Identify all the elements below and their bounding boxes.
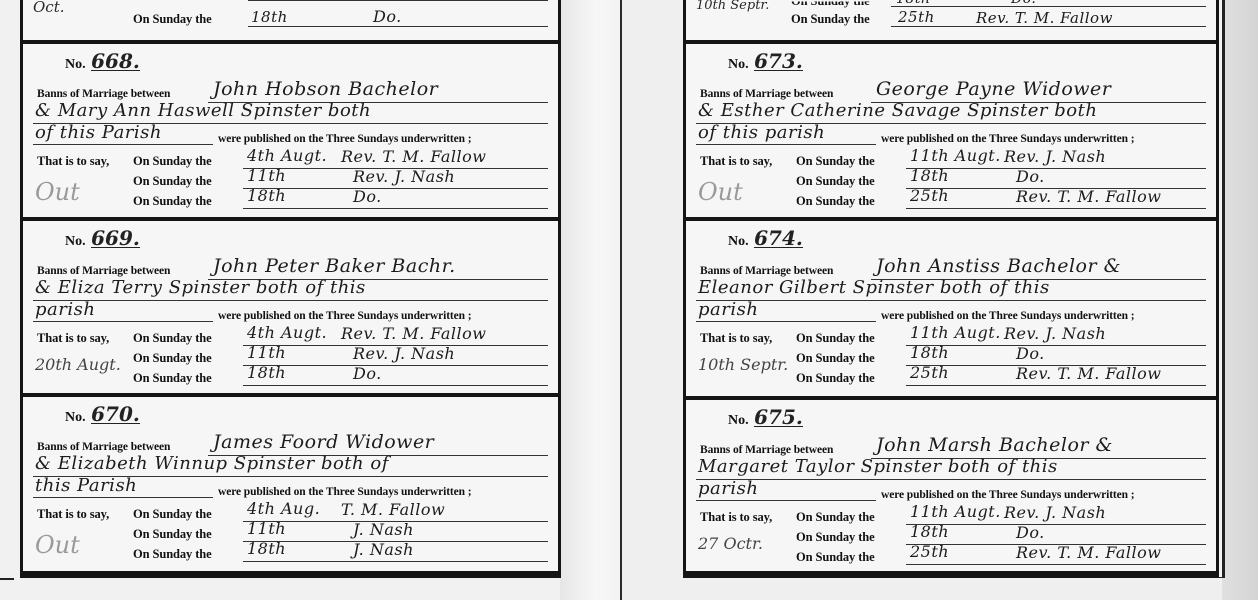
entry-number: No. 674. bbox=[728, 229, 803, 250]
officiant-2: Rev. J. Nash bbox=[353, 345, 455, 363]
on-sunday-label: On Sunday the bbox=[133, 371, 212, 386]
banns-label: Banns of Marriage between bbox=[700, 265, 833, 277]
on-sunday-label: On Sunday the bbox=[796, 530, 875, 545]
rule bbox=[906, 385, 1206, 386]
rule bbox=[696, 300, 1206, 301]
on-sunday-label: On Sunday the bbox=[133, 507, 212, 522]
names-line-3: of this Parish bbox=[35, 124, 162, 142]
banns-entry: No. 675. Banns of Marriage between John … bbox=[686, 400, 1216, 575]
officiant-1: Rev. J. Nash bbox=[1004, 325, 1106, 343]
on-sunday-label: On Sunday the bbox=[133, 351, 212, 366]
officiant: Rev. T. M. Fallow bbox=[976, 9, 1113, 27]
banns-entry: No. 669. Banns of Marriage between John … bbox=[23, 221, 558, 397]
that-is-to-say: That is to say, bbox=[700, 154, 772, 169]
page-edge bbox=[1222, 0, 1258, 600]
margin-note: 27 Octr. bbox=[698, 534, 763, 553]
margin-note: 10th Septr. bbox=[696, 0, 769, 13]
officiant: Do. bbox=[373, 8, 402, 26]
banns-entry: No. 674. Banns of Marriage between John … bbox=[686, 221, 1216, 400]
rule bbox=[243, 561, 548, 562]
banns-entry: No. 668. Banns of Marriage between John … bbox=[23, 44, 558, 221]
sunday-2: 11th bbox=[247, 520, 286, 538]
names-line-2: Margaret Taylor Spinster both of this bbox=[698, 458, 1058, 476]
sunday-2: 11th bbox=[247, 344, 286, 362]
on-sunday-label: On Sunday the bbox=[796, 194, 875, 209]
number-label: No. bbox=[728, 57, 749, 72]
sunday-day: 25th bbox=[898, 8, 935, 26]
names-line-2: Eleanor Gilbert Spinster both of this bbox=[698, 279, 1050, 297]
rule bbox=[891, 6, 1206, 7]
entry-number-value: 673. bbox=[754, 52, 803, 71]
on-sunday-label: On Sunday the bbox=[133, 174, 212, 189]
on-sunday-label: On Sunday the bbox=[133, 527, 212, 542]
banns-entry: No. 670. Banns of Marriage between James… bbox=[23, 397, 558, 575]
banns-label: Banns of Marriage between bbox=[37, 88, 170, 100]
sunday-3: 25th bbox=[910, 364, 949, 382]
rule bbox=[696, 321, 876, 322]
rule bbox=[906, 168, 1206, 169]
officiant-1: Rev. T. M. Fallow bbox=[341, 325, 487, 343]
rule bbox=[906, 524, 1206, 525]
left-register: Oct. On Sunday the 18th Do. No. 668. Ban… bbox=[20, 0, 561, 578]
sunday-3: 18th bbox=[247, 187, 286, 205]
officiant-3: Rev. T. M. Fallow bbox=[1016, 188, 1162, 206]
margin-note: Out bbox=[698, 178, 743, 206]
rule bbox=[906, 345, 1206, 346]
book-gutter bbox=[560, 0, 620, 600]
entry-number: No. 670. bbox=[65, 405, 140, 426]
number-label: No. bbox=[728, 234, 749, 249]
entry-number-value: 668. bbox=[91, 52, 140, 71]
officiant-2: Do. bbox=[1016, 524, 1045, 542]
sunday-2: 11th bbox=[247, 167, 286, 185]
margin-note: Out bbox=[35, 178, 80, 206]
names-line-2: & Esther Catherine Savage Spinster both bbox=[698, 102, 1097, 120]
right-register: 10th Septr. On Sunday the 18th Do. On Su… bbox=[683, 0, 1219, 578]
entry-number: No. 669. bbox=[65, 229, 140, 250]
published-text: were published on the Three Sundays unde… bbox=[881, 489, 1134, 501]
margin-rule bbox=[0, 578, 14, 580]
banns-label: Banns of Marriage between bbox=[37, 441, 170, 453]
on-sunday-label: On Sunday the bbox=[133, 154, 212, 169]
rule bbox=[696, 500, 876, 501]
that-is-to-say: That is to say, bbox=[37, 507, 109, 522]
names-line-3: of this parish bbox=[698, 124, 825, 142]
officiant-3: Rev. T. M. Fallow bbox=[1016, 365, 1162, 383]
rule bbox=[243, 208, 548, 209]
that-is-to-say: That is to say, bbox=[37, 154, 109, 169]
names-line-1: John Hobson Bachelor bbox=[213, 80, 438, 98]
sunday-2: 18th bbox=[910, 523, 949, 541]
banns-label: Banns of Marriage between bbox=[700, 444, 833, 456]
on-sunday-label: On Sunday the bbox=[791, 12, 870, 27]
officiant-1: Rev. J. Nash bbox=[1004, 504, 1106, 522]
officiant-2: Do. bbox=[1016, 345, 1045, 363]
margin-note: 10th Septr. bbox=[698, 355, 788, 374]
sunday-1: 11th Augt. bbox=[910, 503, 1001, 521]
margin-note: 20th Augt. bbox=[35, 355, 121, 374]
names-line-3: this Parish bbox=[35, 477, 137, 495]
sunday-2: 18th bbox=[910, 167, 949, 185]
that-is-to-say: That is to say, bbox=[700, 331, 772, 346]
number-label: No. bbox=[65, 410, 86, 425]
on-sunday-label: On Sunday the bbox=[796, 174, 875, 189]
rule bbox=[696, 144, 876, 145]
rule bbox=[243, 385, 548, 386]
rule bbox=[248, 0, 548, 1]
officiant-2: J. Nash bbox=[353, 521, 414, 539]
sunday-3: 25th bbox=[910, 187, 949, 205]
rule bbox=[696, 479, 1206, 480]
rule bbox=[243, 365, 548, 366]
on-sunday-label: On Sunday the bbox=[791, 0, 870, 9]
on-sunday-label: On Sunday the bbox=[796, 510, 875, 525]
banns-entry: No. 673. Banns of Marriage between Georg… bbox=[686, 44, 1216, 221]
names-line-1: John Anstiss Bachelor & bbox=[876, 257, 1121, 275]
names-line-1: James Foord Widower bbox=[213, 433, 434, 451]
on-sunday-label: On Sunday the bbox=[796, 331, 875, 346]
entry-number-value: 675. bbox=[754, 408, 803, 427]
rule bbox=[906, 208, 1206, 209]
number-label: No. bbox=[65, 57, 86, 72]
on-sunday-label: On Sunday the bbox=[133, 12, 212, 27]
on-sunday-label: On Sunday the bbox=[133, 547, 212, 562]
rule bbox=[33, 144, 213, 145]
on-sunday-label: On Sunday the bbox=[133, 194, 212, 209]
sunday-1: 11th Augt. bbox=[910, 324, 1001, 342]
entry-number-value: 669. bbox=[91, 229, 140, 248]
rule bbox=[33, 497, 213, 498]
published-text: were published on the Three Sundays unde… bbox=[218, 486, 471, 498]
published-text: were published on the Three Sundays unde… bbox=[881, 310, 1134, 322]
on-sunday-label: On Sunday the bbox=[796, 550, 875, 565]
published-text: were published on the Three Sundays unde… bbox=[218, 133, 471, 145]
names-line-3: parish bbox=[698, 480, 758, 498]
sunday-3: 18th bbox=[247, 540, 286, 558]
names-line-2: & Elizabeth Winnup Spinster both of bbox=[35, 455, 389, 473]
names-line-3: parish bbox=[35, 301, 95, 319]
on-sunday-label: On Sunday the bbox=[796, 351, 875, 366]
officiant-3: Do. bbox=[353, 188, 382, 206]
rule bbox=[906, 564, 1206, 565]
officiant-3: J. Nash bbox=[353, 541, 414, 559]
names-line-1: John Marsh Bachelor & bbox=[876, 436, 1113, 454]
that-is-to-say: That is to say, bbox=[37, 331, 109, 346]
sunday-day: 18th bbox=[251, 8, 288, 26]
sunday-1: 4th Augt. bbox=[247, 147, 327, 165]
rule bbox=[891, 26, 1206, 27]
on-sunday-label: On Sunday the bbox=[796, 371, 875, 386]
partial-entry: 10th Septr. On Sunday the 18th Do. On Su… bbox=[686, 0, 1216, 44]
number-label: No. bbox=[65, 234, 86, 249]
rule bbox=[243, 188, 548, 189]
entry-number: No. 675. bbox=[728, 408, 803, 429]
officiant-3: Rev. T. M. Fallow bbox=[1016, 544, 1162, 562]
names-line-2: & Mary Ann Haswell Spinster both bbox=[35, 102, 371, 120]
names-line-1: John Peter Baker Bachr. bbox=[213, 257, 456, 275]
entry-number: No. 673. bbox=[728, 52, 803, 73]
margin-note: Out bbox=[35, 531, 80, 559]
sunday-1: 11th Augt. bbox=[910, 147, 1001, 165]
officiant-2: Do. bbox=[1016, 168, 1045, 186]
sunday-1: 4th Aug. bbox=[247, 500, 320, 518]
published-text: were published on the Three Sundays unde… bbox=[218, 310, 471, 322]
sunday-2: 18th bbox=[910, 344, 949, 362]
sunday-3: 25th bbox=[910, 543, 949, 561]
on-sunday-label: On Sunday the bbox=[133, 331, 212, 346]
officiant-1: Rev. J. Nash bbox=[1004, 148, 1106, 166]
published-text: were published on the Three Sundays unde… bbox=[881, 133, 1134, 145]
names-line-2: & Eliza Terry Spinster both of this bbox=[35, 279, 366, 297]
that-is-to-say: That is to say, bbox=[700, 510, 772, 525]
rule bbox=[248, 26, 548, 27]
officiant-1: T. M. Fallow bbox=[341, 501, 445, 519]
banns-label: Banns of Marriage between bbox=[700, 88, 833, 100]
entry-number-value: 674. bbox=[754, 229, 803, 248]
officiant-1: Rev. T. M. Fallow bbox=[341, 148, 487, 166]
names-line-3: parish bbox=[698, 301, 758, 319]
names-line-1: George Payne Widower bbox=[876, 80, 1111, 98]
rule bbox=[33, 300, 548, 301]
officiant-3: Do. bbox=[353, 365, 382, 383]
number-label: No. bbox=[728, 413, 749, 428]
gutter-rule bbox=[620, 0, 622, 600]
rule bbox=[33, 321, 213, 322]
on-sunday-label: On Sunday the bbox=[796, 154, 875, 169]
margin-note: Oct. bbox=[33, 0, 65, 16]
officiant-2: Rev. J. Nash bbox=[353, 168, 455, 186]
sunday-3: 18th bbox=[247, 364, 286, 382]
partial-entry: Oct. On Sunday the 18th Do. bbox=[23, 0, 558, 44]
banns-label: Banns of Marriage between bbox=[37, 265, 170, 277]
sunday-1: 4th Augt. bbox=[247, 324, 327, 342]
entry-number: No. 668. bbox=[65, 52, 140, 73]
entry-number-value: 670. bbox=[91, 405, 140, 424]
